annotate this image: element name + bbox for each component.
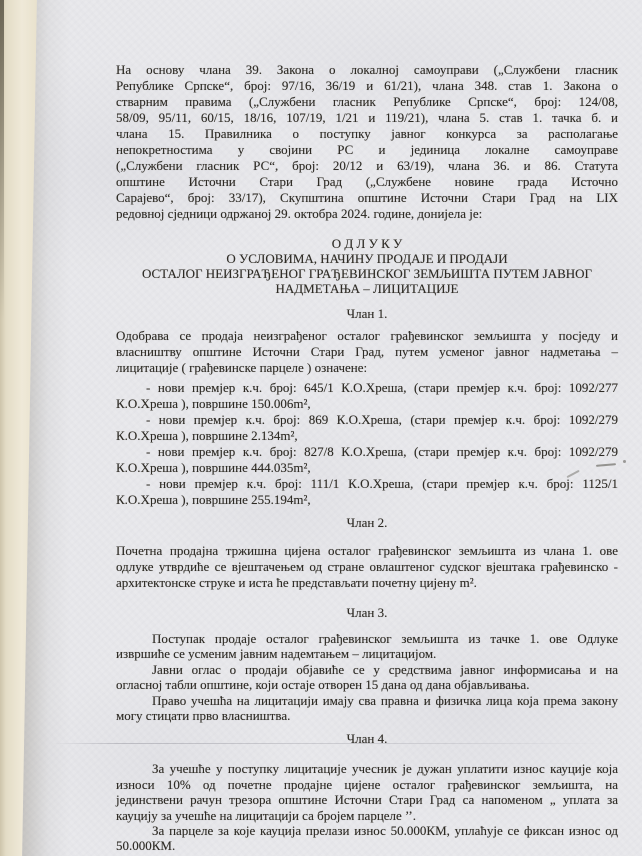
article-1: Члан 1. Одобрава се продаја неизграђеног…: [116, 306, 618, 508]
article-2-paragraph: Почетна продајна тржишна цијена осталог …: [116, 543, 618, 591]
article-4: Члан 4. За учешће у поступку лицитације …: [116, 731, 618, 853]
article-2: Члан 2. Почетна продајна тржишна цијена …: [116, 515, 618, 591]
text-line: општине Источни Стари Град („Службене но…: [116, 174, 618, 190]
parcel-item-line: - нови премјер к.ч. број: 111/1 К.О.Хреш…: [116, 476, 618, 492]
parcel-item-line: - нови премјер к.ч. број: 869 К.О.Хреша,…: [116, 412, 618, 428]
article-3-paragraphs: Поступак продаје осталог грађевинског зе…: [116, 631, 618, 723]
text-line: Сарајево“, број: 33/17), Скупштина општи…: [116, 190, 618, 206]
text-line: Поступак продаје осталог грађевинског зе…: [116, 631, 618, 646]
text-line: архитектонске струке и иста ће представљ…: [116, 575, 618, 591]
article-1-heading: Члан 1.: [116, 306, 618, 322]
decision-title: О Д Л У К У О УСЛОВИМА, НАЧИНУ ПРОДАЈЕ И…: [116, 236, 618, 296]
preamble-paragraph: На основу члана 39. Закона о локалној са…: [116, 62, 618, 222]
article-3: Члан 3. Поступак продаје осталог грађеви…: [116, 605, 618, 723]
article-4-heading: Члан 4.: [116, 731, 618, 747]
decision-title-line: О УСЛОВИМА, НАЧИНУ ПРОДАЈЕ И ПРОДАЈИ: [116, 251, 618, 266]
text-line: редовној сједници одржаној 29. октобра 2…: [116, 206, 618, 222]
text-line: Почетна продајна тржишна цијена осталог …: [116, 543, 618, 559]
text-line: износи 10% од почетне продајне цијене ос…: [116, 777, 618, 792]
text-line: јединствени рачун трезора општине Источн…: [116, 792, 618, 807]
text-line: („Службени гласник РС“, број: 20/12 и 63…: [116, 158, 618, 174]
document-content: На основу члана 39. Закона о локалној са…: [116, 62, 618, 854]
text-line: огласној табли општине, који остаје отво…: [116, 677, 618, 692]
decision-title-line: О Д Л У К У: [116, 236, 618, 251]
text-line: лицитације ( грађевинске парцеле ) означ…: [116, 360, 618, 376]
text-line: Републике Српске“, број: 97/16, 36/19 и …: [116, 78, 618, 94]
parcel-item-line: - нови премјер к.ч. број: 645/1 К.О.Хреш…: [116, 380, 618, 396]
decision-title-line: ОСТАЛОГ НЕИЗГРАЂЕНОГ ГРАЂЕВИНСКОГ ЗЕМЉИШ…: [116, 266, 618, 281]
article-4-paragraphs: За учешће у поступку лицитације учесник …: [116, 761, 618, 853]
parcel-item-line: К.О.Хреша ), површине 444.035m²,: [116, 460, 618, 476]
text-line: непокретностима у својини РС и јединица …: [116, 142, 618, 158]
parcel-list: - нови премјер к.ч. број: 645/1 К.О.Хреш…: [116, 380, 618, 508]
text-line: 50.000КМ.: [116, 838, 618, 853]
text-line: власништву општине Источни Стари Град, п…: [116, 344, 618, 360]
text-line: За парцеле за које кауција прелази износ…: [116, 823, 618, 838]
photo-of-document: { "colors": { "photo_background": "#e9e2…: [0, 0, 642, 856]
parcel-item-line: К.О.Хреша ), површине 2.134m²,: [116, 428, 618, 444]
text-line: извршиће се усменим јавним надемтањем – …: [116, 646, 618, 661]
text-line: Одобрава се продаја неизграђеног осталог…: [116, 328, 618, 344]
text-line: члана 15. Правилника о поступку јавног к…: [116, 126, 618, 142]
document-page: На основу члана 39. Закона о локалној са…: [22, 0, 642, 856]
text-line: 58/09, 95/11, 60/15, 18/16, 107/19, 1/21…: [116, 110, 618, 126]
text-line: одлуке утврдиће се вјештачењем од стране…: [116, 559, 618, 575]
text-line: За учешће у поступку лицитације учесник …: [116, 761, 618, 776]
parcel-item-line: К.О.Хреша ), површине 255.194m²,: [116, 492, 618, 508]
article-2-heading: Члан 2.: [116, 515, 618, 531]
text-line: На основу члана 39. Закона о локалној са…: [116, 62, 618, 78]
text-line: Јавни оглас о продаји објавиће се у сред…: [116, 662, 618, 677]
parcel-item-line: - нови премјер к.ч. број: 827/8 К.О.Хреш…: [116, 444, 618, 460]
text-line: Право учешћа на лицитацији имају сва пра…: [116, 693, 618, 708]
text-line: стварним правима („Службени гласник Репу…: [116, 94, 618, 110]
text-line: кауцију за учешће на лицитацији са броје…: [116, 808, 618, 823]
article-1-paragraph: Одобрава се продаја неизграђеног осталог…: [116, 328, 618, 376]
decision-title-line: НАДМЕТАЊА – ЛИЦИТАЦИЈЕ: [116, 281, 618, 296]
photo-left-edge-shadow: [0, 0, 4, 320]
text-line: могу стицати прво власништва.: [116, 708, 618, 723]
article-3-heading: Члан 3.: [116, 605, 618, 621]
parcel-item-line: К.О.Хреша ), површине 150.006m²,: [116, 396, 618, 412]
